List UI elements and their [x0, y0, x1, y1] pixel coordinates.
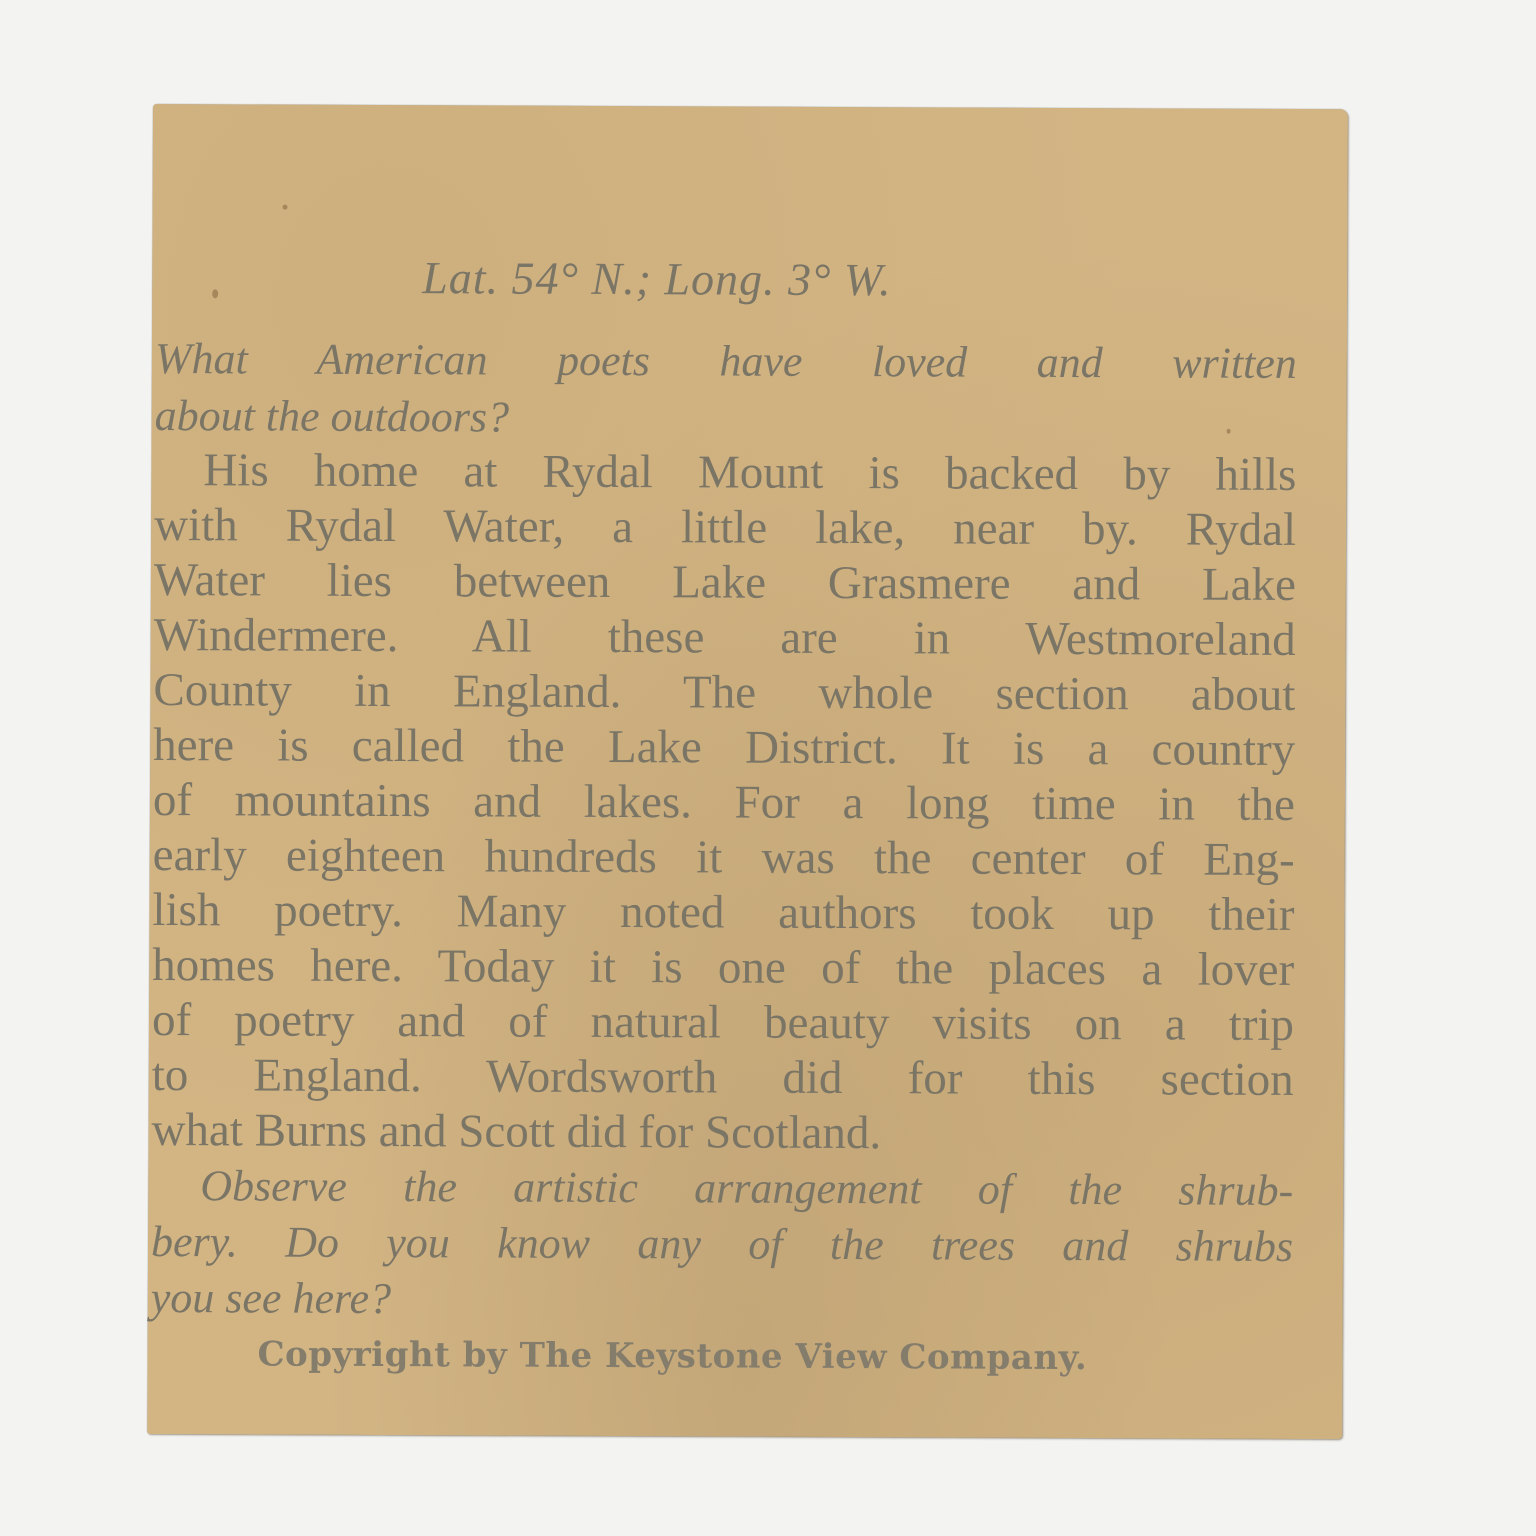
paper-stain	[212, 289, 218, 298]
body-line: what Burns and Scott did for Scotland.	[151, 1107, 1293, 1159]
body-line: of mountains and lakes. For a long time …	[153, 777, 1295, 829]
body-line: Windermere. All these are in Westmorelan…	[154, 612, 1296, 664]
observe-line: bery. Do you know any of the trees and s…	[151, 1220, 1293, 1269]
body-line: of poetry and of natural beauty visits o…	[152, 997, 1294, 1049]
stereoview-card-back: Lat. 54° N.; Long. 3° W. What American p…	[147, 104, 1348, 1439]
body-line: to England. Wordsworth did for this sect…	[152, 1052, 1294, 1104]
body-line: lish poetry. Many noted authors took up …	[152, 887, 1294, 939]
question-line: What American poets have loved and writt…	[155, 337, 1297, 386]
question-line: about the outdoors?	[155, 394, 1297, 443]
body-line: early eighteen hundreds it was the cente…	[153, 832, 1295, 884]
observe-line: Observe the artistic arrangement of the …	[200, 1164, 1293, 1213]
paper-stain	[283, 205, 288, 210]
card-text: Lat. 54° N.; Long. 3° W. What American p…	[153, 104, 1348, 109]
body-line: County in England. The whole section abo…	[153, 667, 1295, 719]
body-line: with Rydal Water, a little lake, near by…	[154, 502, 1296, 554]
body-line: here is called the Lake District. It is …	[153, 722, 1295, 774]
body-line: Water lies between Lake Grasmere and Lak…	[154, 557, 1296, 609]
copyright-notice: Copyright by The Keystone View Company.	[257, 1334, 1087, 1378]
body-line: His home at Rydal Mount is backed by hil…	[203, 447, 1296, 499]
coordinates-heading: Lat. 54° N.; Long. 3° W.	[422, 251, 892, 306]
observe-line: you see here?	[151, 1276, 1293, 1325]
body-line: homes here. Today it is one of the place…	[152, 942, 1294, 994]
